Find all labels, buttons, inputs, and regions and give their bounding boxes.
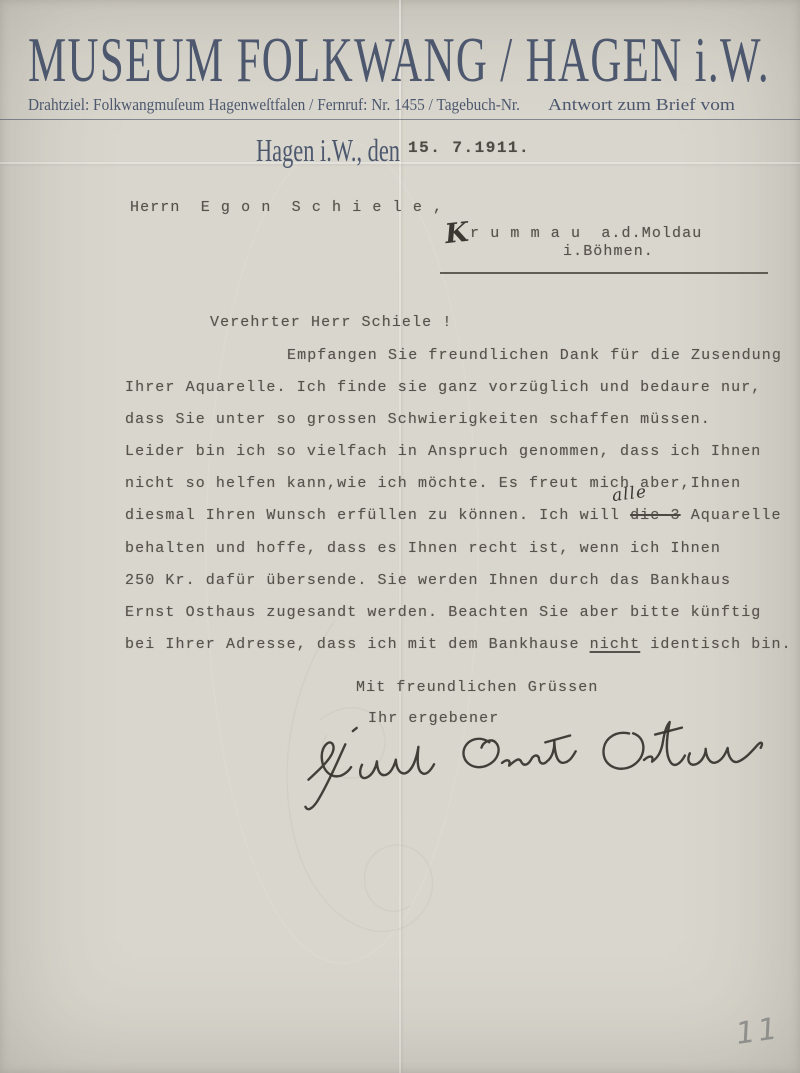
letterhead-telegraph-line: Drahtziel: Folkwangmuſeum Hagenweſtfalen… (28, 95, 574, 115)
body-line-6-revised: diesmal Ihren Wunsch erfüllen zu können.… (125, 507, 782, 524)
letterhead-title-text: MUSEUM FOLKWANG / HAGEN i.W. (28, 28, 770, 92)
struck-text: die 3 (630, 507, 681, 524)
date-typed-value: 15. 7.1911. (408, 139, 530, 157)
page-number-pencil: 11 (734, 1011, 783, 1052)
letterhead-reply-text: Antwort zum Brief vom (548, 95, 735, 115)
letter-page: MUSEUM FOLKWANG / HAGEN i.W. Drahtziel: … (0, 0, 800, 1073)
body-line-6-post: Aquarelle (681, 507, 782, 524)
address-underline (440, 272, 768, 274)
body-line-7: behalten und hoffe, dass es Ihnen recht … (125, 540, 721, 557)
body-line-8: 250 Kr. dafür übersende. Sie werden Ihne… (125, 572, 731, 589)
date-printed-text: Hagen i.W., den (256, 132, 400, 169)
letterhead-telegraph-text: Drahtziel: Folkwangmuſeum Hagenweſtfalen… (28, 95, 520, 115)
body-line-4: Leider bin ich so vielfach in Anspruch g… (125, 443, 761, 460)
recipient-city-initial-handwritten: K (443, 217, 470, 250)
body-line-10-pre: bei Ihrer Adresse, dass ich mit dem Bank… (125, 636, 590, 653)
handwritten-insertion-alle: alle (611, 482, 648, 506)
body-line-3: dass Sie unter so grossen Schwierigkeite… (125, 411, 711, 428)
body-line-2: Ihrer Aquarelle. Ich finde sie ganz vorz… (125, 379, 761, 396)
body-line-10-final: bei Ihrer Adresse, dass ich mit dem Bank… (125, 636, 792, 653)
body-line-10-post: identisch bin. (640, 636, 792, 653)
recipient-name-line: Herrn E g o n S c h i e l e , (130, 199, 443, 216)
salutation: Verehrter Herr Schiele ! (210, 314, 452, 331)
letterhead-rule (0, 119, 800, 120)
letterhead-title: MUSEUM FOLKWANG / HAGEN i.W. (28, 28, 800, 92)
signature-karl-ernst-osthaus (276, 705, 779, 817)
closing-regards: Mit freundlichen Grüssen (356, 679, 598, 696)
body-line-5: nicht so helfen kann,wie ich möchte. Es … (125, 475, 741, 492)
underlined-word-nicht: nicht (590, 636, 641, 653)
body-line-1: Empfangen Sie freundlichen Dank für die … (287, 347, 782, 364)
recipient-region-line: i.Böhmen. (563, 243, 654, 260)
body-line-6-pre: diesmal Ihren Wunsch erfüllen zu können.… (125, 507, 630, 524)
recipient-city-line: r u m m a u a.d.Moldau (470, 225, 702, 242)
body-line-9: Ernst Osthaus zugesandt werden. Beachten… (125, 604, 761, 621)
letterhead-reply-label: Antwort zum Brief vom (548, 95, 712, 115)
